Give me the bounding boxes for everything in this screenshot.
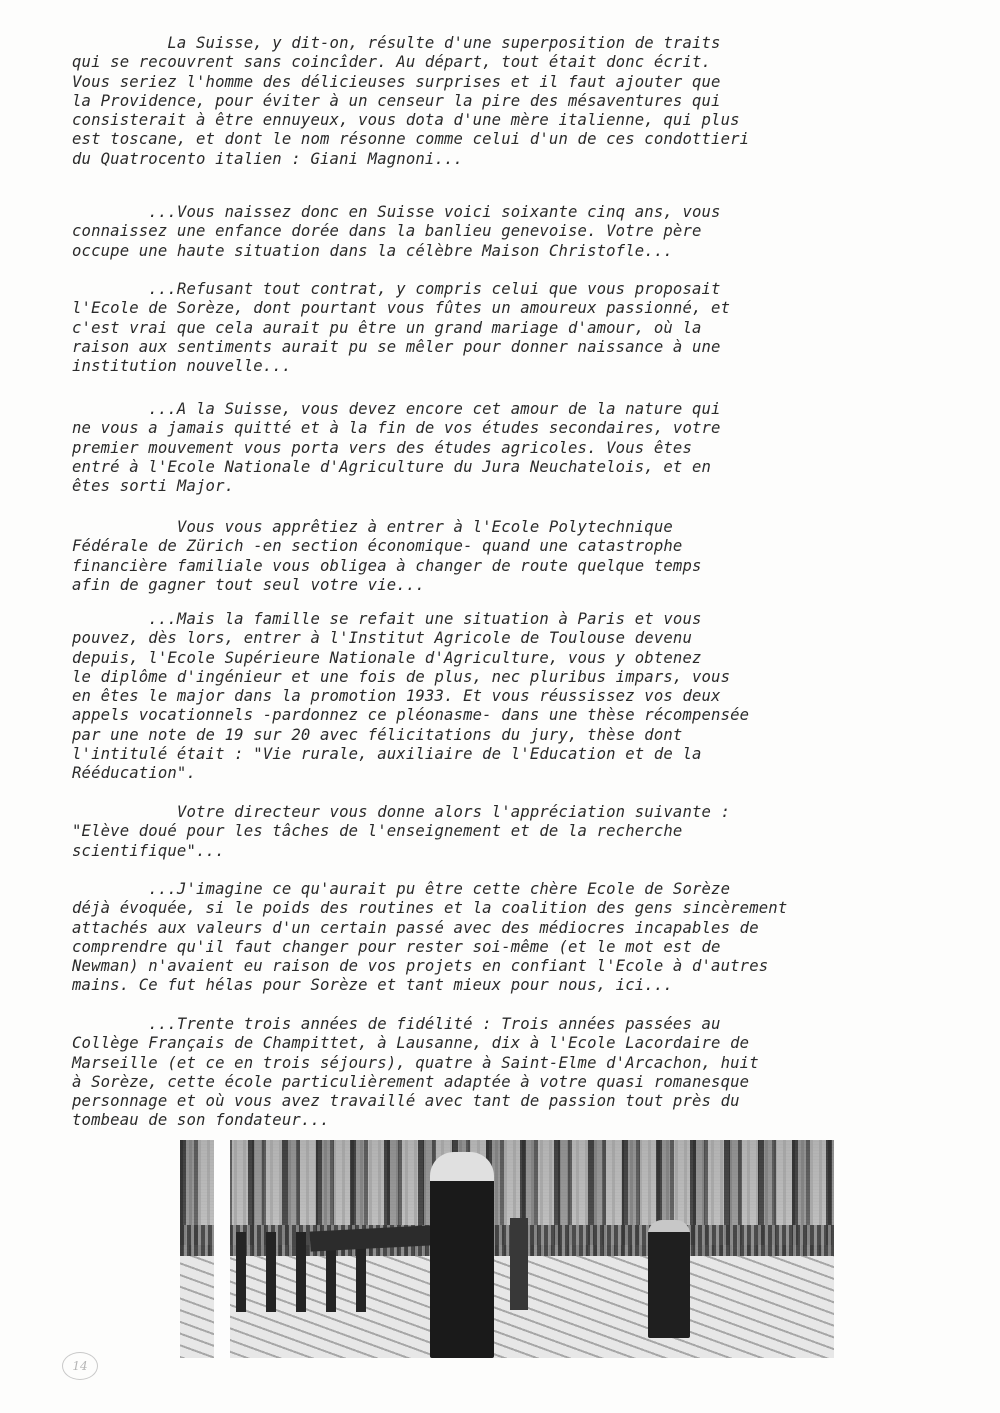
text-line: Vous vous apprêtiez à entrer à l'Ecole P… [72,518,702,537]
text-line: ne vous a jamais quitté et à la fin de v… [72,419,721,438]
text-line: c'est vrai que cela aurait pu être un gr… [72,319,730,338]
text-line: le diplôme d'ingénieur et une fois de pl… [72,668,749,687]
text-line: en êtes le major dans la promotion 1933.… [72,687,749,706]
text-line: La Suisse, y dit-on, résulte d'une super… [72,34,749,53]
text-line: financière familiale vous obligea à chan… [72,557,702,576]
text-line: premier mouvement vous porta vers des ét… [72,439,721,458]
text-line: personnage et où vous avez travaillé ave… [72,1092,759,1111]
paragraph: Vous vous apprêtiez à entrer à l'Ecole P… [72,518,702,595]
ceremony-photo [180,1140,834,1358]
paragraph: La Suisse, y dit-on, résulte d'une super… [72,34,749,169]
text-line: mains. Ce fut hélas pour Sorèze et tant … [72,976,787,995]
text-line: du Quatrocento italien : Giani Magnoni..… [72,150,749,169]
document-page: La Suisse, y dit-on, résulte d'une super… [0,0,1000,1413]
photo-main-figure [430,1152,494,1358]
paragraph: ...A la Suisse, vous devez encore cet am… [72,400,721,496]
paragraph: ...Refusant tout contrat, y compris celu… [72,280,730,376]
text-line: depuis, l'Ecole Supérieure Nationale d'A… [72,649,749,668]
text-line: afin de gagner tout seul votre vie... [72,576,702,595]
text-line: Marseille (et ce en trois séjours), quat… [72,1054,759,1073]
text-line: comprendre qu'il faut changer pour reste… [72,938,787,957]
text-line: qui se recouvrent sans coincîder. Au dép… [72,53,749,72]
text-line: à Sorèze, cette école particulièrement a… [72,1073,759,1092]
text-line: connaissez une enfance dorée dans la ban… [72,222,721,241]
text-line: occupe une haute situation dans la célèb… [72,242,721,261]
text-line: Rééducation". [72,764,749,783]
text-line: ...Trente trois années de fidélité : Tro… [72,1015,759,1034]
text-line: Fédérale de Zürich -en section économiqu… [72,537,702,556]
text-line: ...J'imagine ce qu'aurait pu être cette … [72,880,787,899]
photo-flagpole [214,1140,230,1358]
paragraph: ...Vous naissez donc en Suisse voici soi… [72,203,721,261]
text-line: ...Refusant tout contrat, y compris celu… [72,280,730,299]
text-line: Votre directeur vous donne alors l'appré… [72,803,730,822]
paragraph: Votre directeur vous donne alors l'appré… [72,803,730,861]
paragraph: ...Trente trois années de fidélité : Tro… [72,1015,759,1131]
text-line: Newman) n'avaient eu raison de vos proje… [72,957,787,976]
text-line: par une note de 19 sur 20 avec félicitat… [72,726,749,745]
text-line: raison aux sentiments aurait pu se mêler… [72,338,730,357]
paragraph: ...Mais la famille se refait une situati… [72,610,749,784]
page-number-mark: 14 [62,1352,98,1380]
text-line: êtes sorti Major. [72,477,721,496]
text-line: tombeau de son fondateur... [72,1111,759,1130]
text-line: attachés aux valeurs d'un certain passé … [72,919,787,938]
text-line: appels vocationnels -pardonnez ce pléona… [72,706,749,725]
text-line: entré à l'Ecole Nationale d'Agriculture … [72,458,721,477]
text-line: ...A la Suisse, vous devez encore cet am… [72,400,721,419]
text-line: ...Vous naissez donc en Suisse voici soi… [72,203,721,222]
text-line: la Providence, pour éviter à un censeur … [72,92,749,111]
text-line: Collège Français de Champittet, à Lausan… [72,1034,759,1053]
text-line: est toscane, et dont le nom résonne comm… [72,130,749,149]
text-line: l'intitulé était : "Vie rurale, auxiliai… [72,745,749,764]
photo-standing-figure [648,1220,690,1338]
text-line: scientifique"... [72,842,730,861]
text-line: "Elève doué pour les tâches de l'enseign… [72,822,730,841]
text-line: institution nouvelle... [72,357,730,376]
text-line: déjà évoquée, si le poids des routines e… [72,899,787,918]
text-line: pouvez, dès lors, entrer à l'Institut Ag… [72,629,749,648]
text-line: Vous seriez l'homme des délicieuses surp… [72,73,749,92]
text-line: ...Mais la famille se refait une situati… [72,610,749,629]
photo-distant-figure [510,1218,528,1310]
text-line: l'Ecole de Sorèze, dont pourtant vous fû… [72,299,730,318]
text-line: consisterait à être ennuyeux, vous dota … [72,111,749,130]
paragraph: ...J'imagine ce qu'aurait pu être cette … [72,880,787,996]
